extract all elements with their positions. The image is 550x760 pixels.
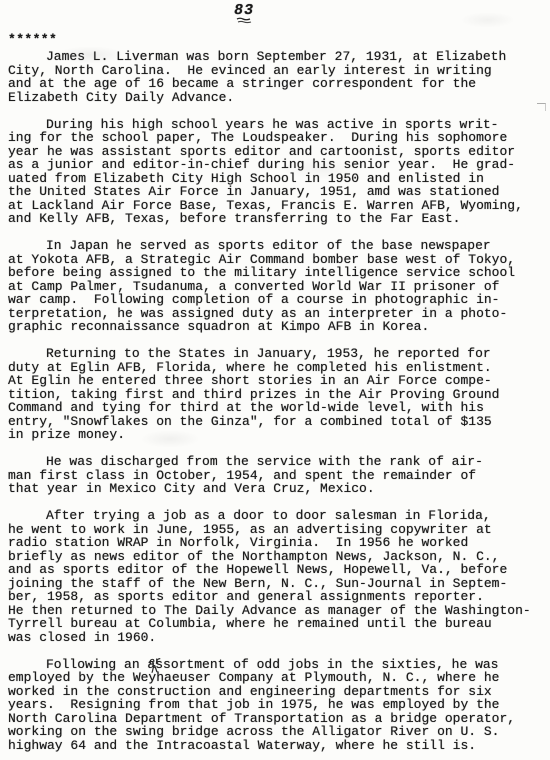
text-line: and Kelly AFB, Texas, before transferrin… xyxy=(8,212,548,226)
text-line: at Lackland Air Force Base, Texas, Franc… xyxy=(8,199,548,213)
text-line: briefly as news editor of the Northampto… xyxy=(8,550,548,564)
paragraph: Following an assortment of odd jobs in t… xyxy=(8,658,548,753)
paragraph: Returning to the States in January, 1953… xyxy=(8,347,548,442)
text-line: employed by the Weyhaeuser Company at Pl… xyxy=(8,671,548,685)
text-line: the United States Air Force in January, … xyxy=(8,185,548,199)
text-line: graphic reconnaissance squadron at Kimpo… xyxy=(8,320,548,334)
text-line: Tyrrell bureau at Columbia, where he rem… xyxy=(8,617,548,631)
text-line: working on the swing bridge across the A… xyxy=(8,725,548,739)
text-line: City, North Carolina. He evinced an earl… xyxy=(8,64,548,78)
text-line: and as sports editor of the Hopewell New… xyxy=(8,563,548,577)
text-line: Following an assortment of odd jobs in t… xyxy=(8,658,548,672)
text-line: war camp. Following completion of a cour… xyxy=(8,293,548,307)
text-line: ber, 1958, as sports editor and general … xyxy=(8,590,548,604)
paragraph: He was discharged from the service with … xyxy=(8,455,548,496)
text-line: and at the age of 16 became a stringer c… xyxy=(8,77,548,91)
text-line: Command and tying for third at the world… xyxy=(8,401,548,415)
text-line: duty at Eglin AFB, Florida, where he com… xyxy=(8,361,548,375)
text-line: was closed in 1960. xyxy=(8,631,548,645)
text-line: year he was assistant sports editor and … xyxy=(8,145,548,159)
document-page: 83 ****** James L. Liverman was born Sep… xyxy=(0,0,550,760)
text-line: At Eglin he entered three short stories … xyxy=(8,374,548,388)
text-line: in prize money. xyxy=(8,428,548,442)
insertion-caret-mark: ^ xyxy=(151,663,159,683)
text-line: worked in the construction and engineeri… xyxy=(8,685,548,699)
text-line: at Camp Palmer, Tsudanuma, a converted W… xyxy=(8,280,548,294)
scan-edge-artifact xyxy=(537,103,546,111)
text-line: During his high school years he was acti… xyxy=(8,118,548,132)
text-line: joining the staff of the New Bern, N. C.… xyxy=(8,577,548,591)
paragraph: After trying a job as a door to door sal… xyxy=(8,509,548,644)
text-line: He then returned to The Daily Advance as… xyxy=(8,604,548,618)
paragraph: In Japan he served as sports editor of t… xyxy=(8,239,548,334)
page-number-text: 83 xyxy=(233,2,256,19)
text-line: He was discharged from the service with … xyxy=(8,455,548,469)
text-line: at Yokota AFB, a Strategic Air Command b… xyxy=(8,253,548,267)
text-line: he went to work in June, 1955, as an adv… xyxy=(8,523,548,537)
text-line: entry, "Snowflakes on the Ginza", for a … xyxy=(8,415,548,429)
paragraph: During his high school years he was acti… xyxy=(8,118,548,226)
text-line: In Japan he served as sports editor of t… xyxy=(8,239,548,253)
text-line: highway 64 and the Intracoastal Waterway… xyxy=(8,739,548,753)
text-line: man first class in October, 1954, and sp… xyxy=(8,469,548,483)
text-line: Elizabeth City Daily Advance. xyxy=(8,91,548,105)
text-line: After trying a job as a door to door sal… xyxy=(8,509,548,523)
separator-asterisks: ****** xyxy=(8,33,57,47)
text-line: ing for the school paper, The Loudspeake… xyxy=(8,131,548,145)
text-line: terpretation, he was assigned duty as an… xyxy=(8,307,548,321)
text-line: years. Resigning from that job in 1975, … xyxy=(8,698,548,712)
page-number: 83 xyxy=(234,2,254,24)
text-line: before being assigned to the military in… xyxy=(8,266,548,280)
document-body: James L. Liverman was born September 27,… xyxy=(8,50,548,760)
text-line: tition, taking first and third prizes in… xyxy=(8,388,548,402)
paragraph: James L. Liverman was born September 27,… xyxy=(8,50,548,104)
text-line: North Carolina Department of Transportat… xyxy=(8,712,548,726)
text-line: uated from Elizabeth City High School in… xyxy=(8,172,548,186)
text-line: Returning to the States in January, 1953… xyxy=(8,347,548,361)
text-line: James L. Liverman was born September 27,… xyxy=(8,50,548,64)
text-line: that year in Mexico City and Vera Cruz, … xyxy=(8,482,548,496)
text-line: as a junior and editor-in-chief during h… xyxy=(8,158,548,172)
scan-smudge xyxy=(460,12,515,28)
text-line: radio station WRAP in Norfolk, Virginia.… xyxy=(8,536,548,550)
